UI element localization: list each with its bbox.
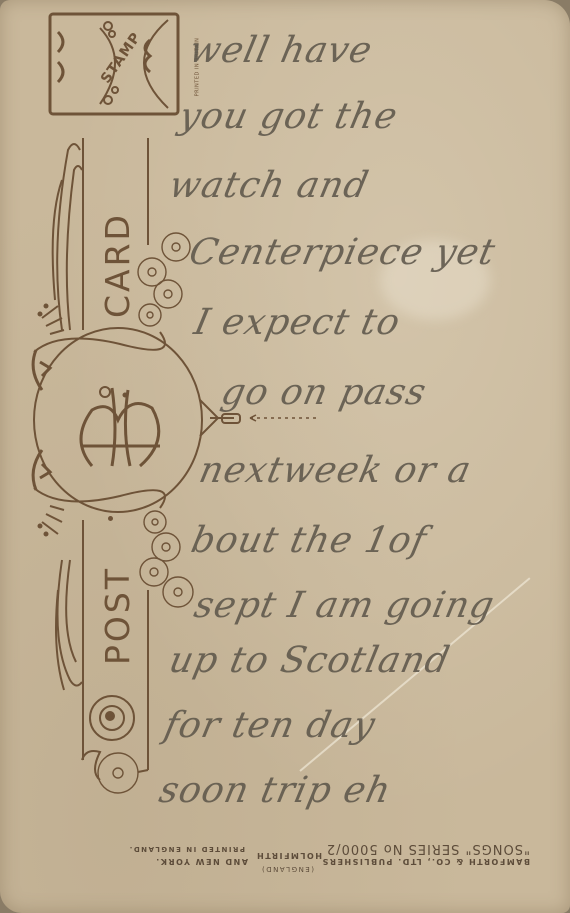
imprint-country: (ENGLAND) bbox=[260, 865, 314, 873]
message-line: soon trip eh bbox=[156, 770, 395, 811]
heading-post: POST bbox=[98, 566, 137, 665]
message-line: go on pass bbox=[218, 372, 431, 413]
message-line: you got the bbox=[176, 96, 402, 137]
postcard-back: STAMP PRINTED IN BRITAIN CARD POST well … bbox=[0, 0, 570, 913]
message-line: well have bbox=[186, 30, 377, 71]
stamp-placement-box: STAMP PRINTED IN BRITAIN bbox=[48, 12, 180, 116]
imprint-printed-in: PRINTED IN ENGLAND. bbox=[128, 845, 245, 853]
stamp-label: STAMP bbox=[98, 29, 145, 86]
imprint-publisher: BAMFORTH & CO., LTD. PUBLISHERS bbox=[321, 857, 530, 866]
heading-card: CARD bbox=[98, 212, 137, 318]
heading-separator-dot bbox=[108, 516, 113, 521]
imprint-new-york: AND NEW YORK. bbox=[155, 857, 248, 866]
message-line: bout the 1of bbox=[188, 520, 431, 561]
imprint-town: HOLMFIRTH bbox=[256, 851, 322, 860]
message-line: nextweek or a bbox=[196, 450, 475, 491]
message-line: up to Scotland bbox=[166, 640, 454, 681]
imprint-series: "SONGS" SERIES No 5000/2 bbox=[326, 841, 530, 856]
message-line: sept I am going bbox=[191, 585, 499, 626]
message-line: watch and bbox=[166, 165, 373, 206]
message-line: Centerpiece yet bbox=[186, 232, 500, 273]
publisher-imprint: BAMFORTH & CO., LTD. PUBLISHERS HOLMFIRT… bbox=[60, 840, 530, 890]
message-line: I expect to bbox=[191, 302, 405, 343]
message-line: for ten day bbox=[161, 705, 380, 746]
